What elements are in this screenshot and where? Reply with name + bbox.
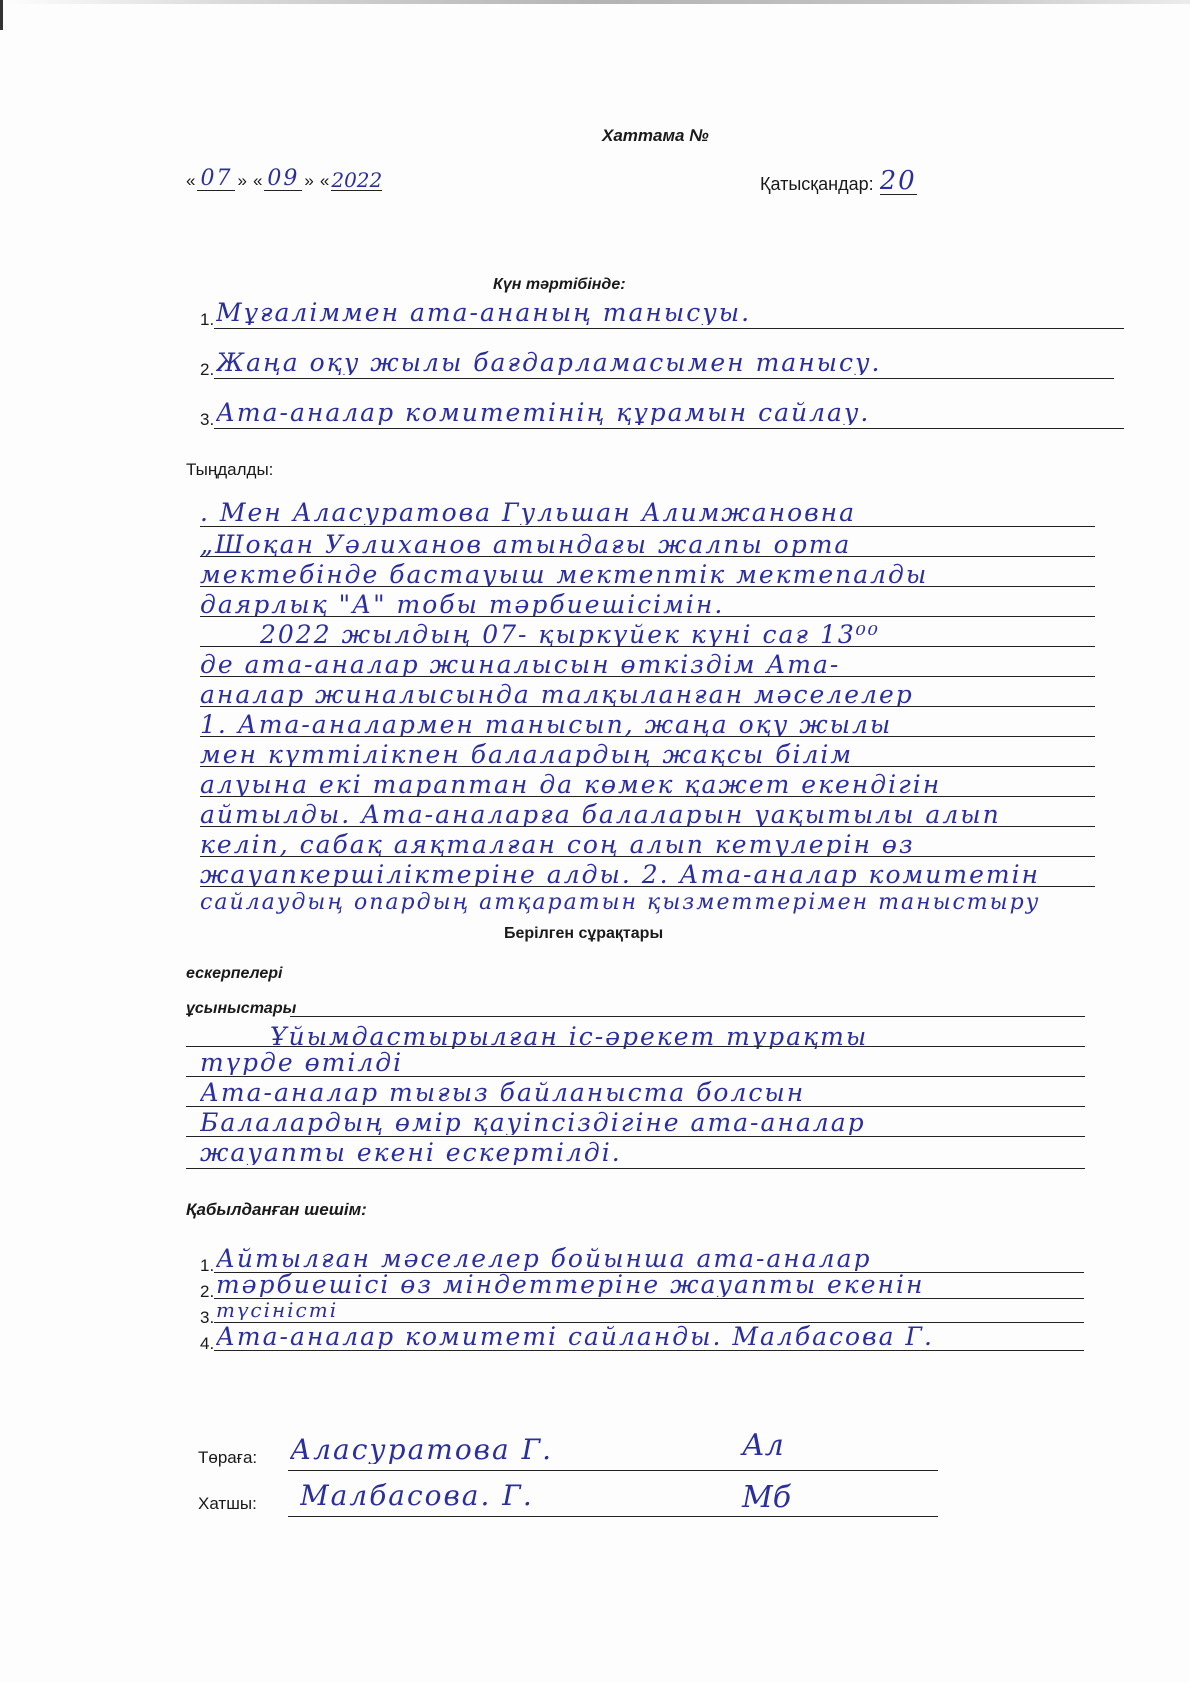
chair-name: Аласуратова Г. bbox=[290, 1436, 640, 1464]
listened-line: жауапкершіліктеріне алды. 2. Ата-аналар … bbox=[200, 862, 1120, 887]
listened-line: сайлаудың опардың атқаратын қызметтеріме… bbox=[200, 892, 1140, 914]
scan-left-edge bbox=[0, 0, 3, 30]
agenda-item-2: Жаңа оқу жылы бағдарламасымен танысу. bbox=[216, 350, 1116, 375]
agenda-item-number: 1. bbox=[200, 310, 214, 330]
rule-line bbox=[214, 428, 1124, 429]
decision-item-number: 3. bbox=[200, 1308, 214, 1328]
decision-item-4: Ата-аналар комитеті сайланды. Малбасова … bbox=[216, 1324, 1126, 1349]
listened-line: мен күттілікпен балалардың жақсы білім bbox=[200, 742, 1100, 767]
question-line: түрде өтілді bbox=[200, 1050, 1080, 1075]
agenda-item-number: 2. bbox=[200, 360, 214, 380]
listened-line: даярлық "А" тобы тәрбиешісімін. bbox=[200, 592, 1100, 617]
decision-item-1: Айтылған мәселелер бойынша ата-аналар bbox=[216, 1246, 1096, 1271]
rule-line bbox=[200, 706, 1095, 707]
quote-close: » bbox=[237, 171, 246, 191]
rule-line bbox=[214, 328, 1124, 329]
agenda-heading: Күн тәртібінде: bbox=[493, 276, 626, 294]
rule-line bbox=[186, 1046, 1085, 1047]
secretary-label: Хатшы: bbox=[198, 1494, 257, 1514]
questions-heading: Берілген сұрақтары bbox=[504, 925, 663, 943]
agenda-item-3: Ата-аналар комитетінің құрамын сайлау. bbox=[216, 400, 1126, 425]
date-month: 09 bbox=[264, 168, 302, 191]
rule-line bbox=[214, 1322, 1084, 1323]
secretary-signature: Мб bbox=[742, 1480, 791, 1515]
rule-line bbox=[186, 1076, 1085, 1077]
question-line: жауапты екені ескертілді. bbox=[200, 1140, 1080, 1165]
participants-field: Қатысқандар: 20 bbox=[760, 168, 917, 195]
participants-count: 20 bbox=[880, 168, 917, 195]
decision-item-3: түсіністі bbox=[216, 1300, 1096, 1320]
decision-item-number: 4. bbox=[200, 1334, 214, 1354]
listened-line: аналар жиналысында талқыланған мәселелер bbox=[200, 682, 1100, 707]
rule-line bbox=[200, 886, 1095, 887]
listened-line: де ата-аналар жиналысын өткіздім Ата- bbox=[200, 652, 1100, 677]
agenda-item-1: Мұғаліммен ата-ананың танысуы. bbox=[216, 300, 1116, 325]
decision-item-2: тәрбиешісі өз міндеттеріне жауапты екені… bbox=[216, 1272, 1116, 1297]
decision-item-number: 1. bbox=[200, 1256, 214, 1276]
decision-heading: Қабылданған шешім: bbox=[186, 1200, 367, 1220]
rule-line bbox=[186, 1106, 1085, 1107]
rule-line bbox=[200, 646, 1095, 647]
rule-line bbox=[200, 616, 1095, 617]
quote-open: « bbox=[320, 171, 329, 191]
suggestions-label: ұсыныстары bbox=[186, 1000, 296, 1018]
rule-line bbox=[214, 1350, 1084, 1351]
rule-line bbox=[214, 378, 1114, 379]
rule-line bbox=[290, 1016, 1085, 1017]
chair-signature: Ал bbox=[742, 1428, 784, 1463]
signature-line bbox=[288, 1470, 938, 1471]
rule-line bbox=[200, 526, 1095, 527]
date-day: 07 bbox=[197, 168, 235, 191]
rule-line bbox=[200, 796, 1095, 797]
rule-line bbox=[200, 736, 1095, 737]
agenda-item-number: 3. bbox=[200, 410, 214, 430]
quote-open: « bbox=[186, 171, 195, 191]
signature-line bbox=[288, 1516, 938, 1517]
quote-close: » bbox=[304, 171, 313, 191]
listened-line: „Шоқан Уәлиханов атындағы жалпы орта bbox=[200, 532, 1100, 557]
remarks-label: ескерпелері bbox=[186, 965, 283, 983]
listened-line: 1. Ата-аналармен танысып, жаңа оқу жылы bbox=[200, 712, 1100, 737]
chair-label: Төраға: bbox=[198, 1448, 257, 1468]
listened-line: келіп, сабақ аяқталған соң алып кетулері… bbox=[200, 832, 1100, 857]
rule-line bbox=[186, 1168, 1085, 1169]
participants-label: Қатысқандар: bbox=[760, 174, 874, 195]
listened-line: 2022 жылдың 07- қыркүйек күні сағ 13⁰⁰ bbox=[260, 622, 1100, 647]
rule-line bbox=[186, 1136, 1085, 1137]
secretary-name: Малбасова. Г. bbox=[300, 1482, 650, 1510]
rule-line bbox=[214, 1298, 1084, 1299]
scan-top-edge bbox=[0, 0, 1190, 4]
date-year: 2022 bbox=[331, 170, 382, 191]
rule-line bbox=[200, 766, 1095, 767]
rule-line bbox=[200, 826, 1095, 827]
listened-line: мектебінде бастауыш мектептік мектепалды bbox=[200, 562, 1100, 587]
quote-open: « bbox=[253, 171, 262, 191]
listened-line: . Мен Аласуратова Гульшан Алимжановна bbox=[200, 500, 1100, 525]
listened-line: алуына екі тараптан да көмек қажет екенд… bbox=[200, 772, 1100, 797]
rule-line bbox=[200, 586, 1095, 587]
question-line: Балалардың өмір қауіпсіздігіне ата-анала… bbox=[200, 1110, 1110, 1135]
listened-line: айтылды. Ата-аналарға балаларын уақытылы… bbox=[200, 802, 1100, 827]
question-line: Ата-аналар тығыз байланыста болсын bbox=[200, 1080, 1080, 1105]
rule-line bbox=[200, 676, 1095, 677]
date-field: « 07 » « 09 » « 2022 bbox=[186, 168, 382, 191]
rule-line bbox=[200, 856, 1095, 857]
decision-item-number: 2. bbox=[200, 1282, 214, 1302]
listened-heading: Тыңдалды: bbox=[186, 460, 273, 480]
document-title: Хаттама № bbox=[602, 126, 709, 146]
rule-line bbox=[200, 556, 1095, 557]
